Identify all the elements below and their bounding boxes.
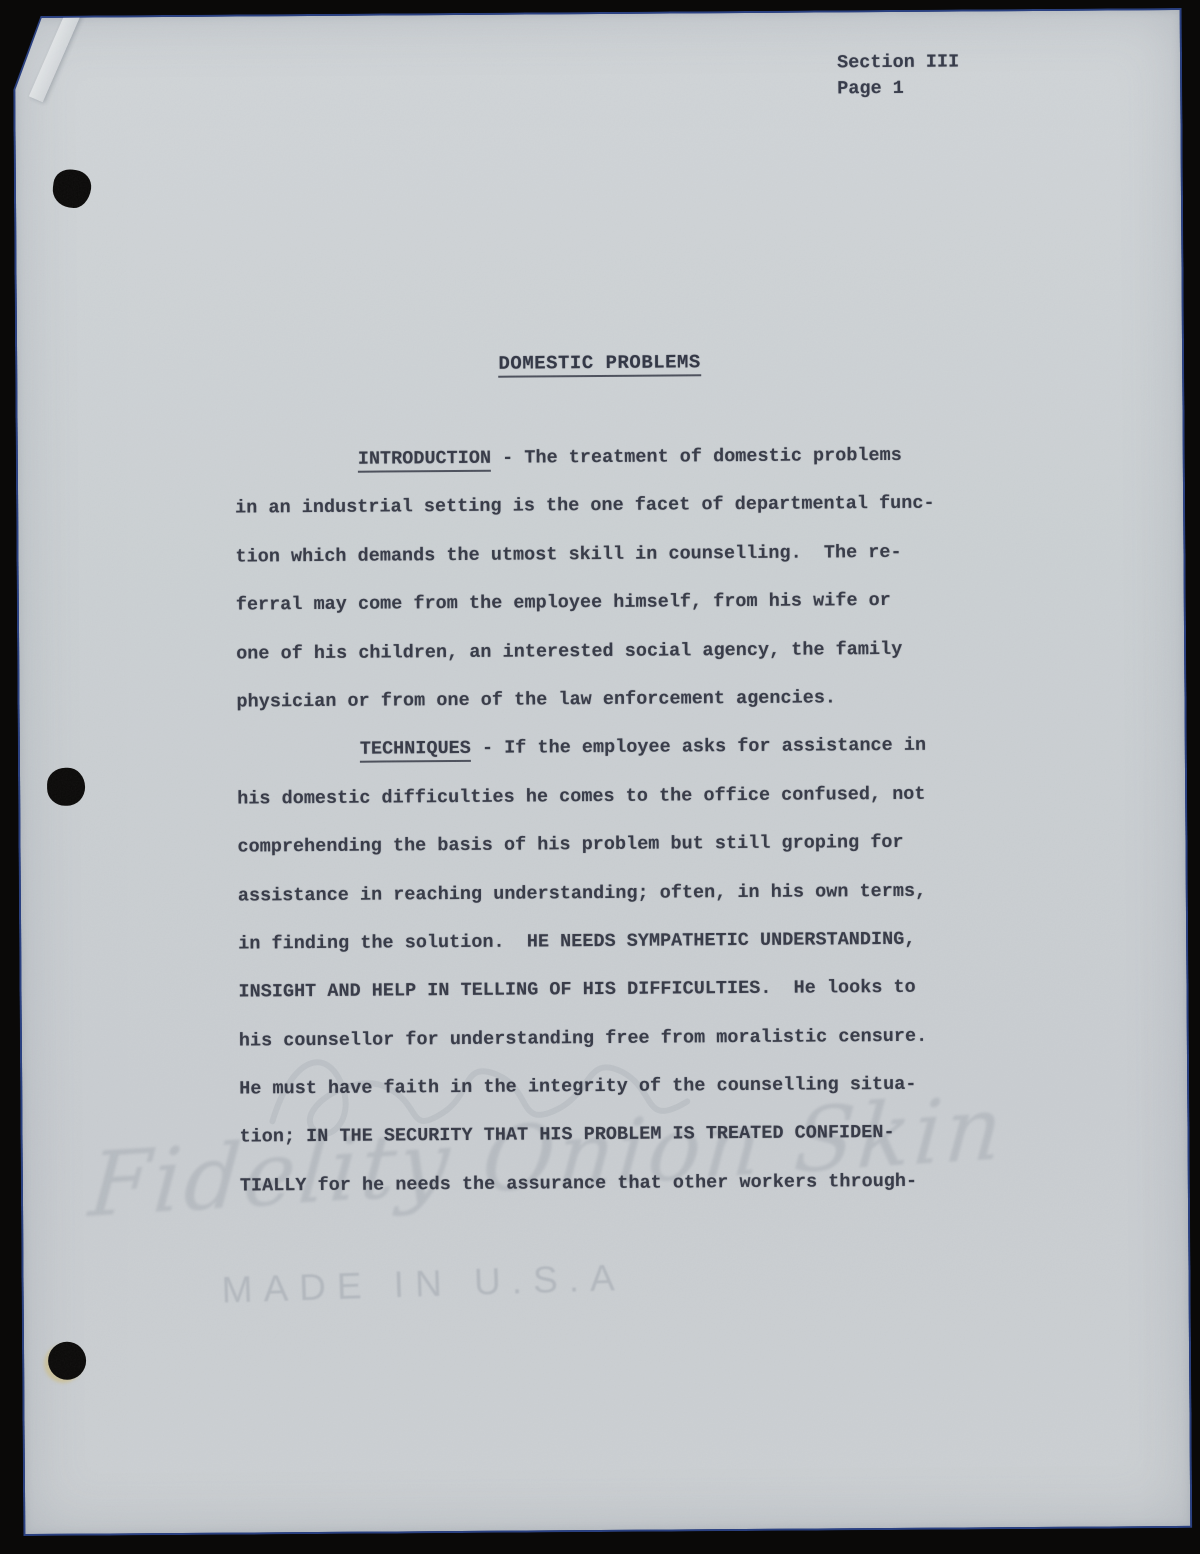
page-number-label: Page 1 bbox=[837, 78, 904, 99]
punch-hole-top bbox=[51, 167, 94, 210]
typed-line: his domestic difficulties he comes to th… bbox=[237, 784, 997, 809]
typed-line: in an industrial setting is the one face… bbox=[235, 494, 995, 519]
typed-line: comprehending the basis of his problem b… bbox=[237, 832, 997, 857]
typed-line: He must have faith in the integrity of t… bbox=[239, 1074, 999, 1099]
typed-line: tion; IN THE SECURITY THAT HIS PROBLEM I… bbox=[239, 1123, 999, 1148]
typed-line: ferral may come from the employee himsel… bbox=[236, 590, 996, 615]
document-title: DOMESTIC PROBLEMS bbox=[498, 351, 701, 377]
typed-line: one of his children, an interested socia… bbox=[236, 639, 996, 664]
punch-hole-middle bbox=[47, 768, 85, 806]
watermark-origin: MADE IN U.S.A bbox=[221, 1257, 626, 1312]
typed-line: physician or from one of the law enforce… bbox=[236, 687, 996, 712]
corner-fold bbox=[29, 8, 81, 102]
typed-line: INSIGHT AND HELP IN TELLING OF HIS DIFFI… bbox=[238, 978, 998, 1003]
typed-line: in finding the solution. HE NEEDS SYMPAT… bbox=[238, 929, 998, 954]
section-label: Section III bbox=[837, 51, 959, 73]
title-row: DOMESTIC PROBLEMS bbox=[17, 348, 1182, 378]
paragraph-lead: INTRODUCTION bbox=[358, 448, 491, 473]
paragraph-lead: TECHNIQUES bbox=[360, 738, 471, 763]
punch-hole-bottom bbox=[48, 1342, 86, 1380]
typed-line: tion which demands the utmost skill in c… bbox=[235, 542, 995, 567]
paper-sheet-edge: Fidelity Onion Skin MADE IN U.S.A Sectio… bbox=[13, 8, 1193, 1536]
typed-body: INTRODUCTION - The treatment of domestic… bbox=[235, 445, 1000, 1225]
typed-line: INTRODUCTION - The treatment of domestic… bbox=[235, 445, 995, 470]
typed-line: TIALLY for he needs the assurance that o… bbox=[240, 1171, 1000, 1196]
paper-sheet: Fidelity Onion Skin MADE IN U.S.A Sectio… bbox=[15, 10, 1191, 1534]
typed-line: assistance in reaching understanding; of… bbox=[238, 881, 998, 906]
scan-background: { "page_header": { "section_label": "Sec… bbox=[0, 0, 1200, 1554]
typed-line: his counsellor for understanding free fr… bbox=[239, 1026, 999, 1051]
page-header: Section IIIPage 1 bbox=[837, 49, 959, 102]
typed-line: TECHNIQUES - If the employee asks for as… bbox=[237, 736, 997, 761]
